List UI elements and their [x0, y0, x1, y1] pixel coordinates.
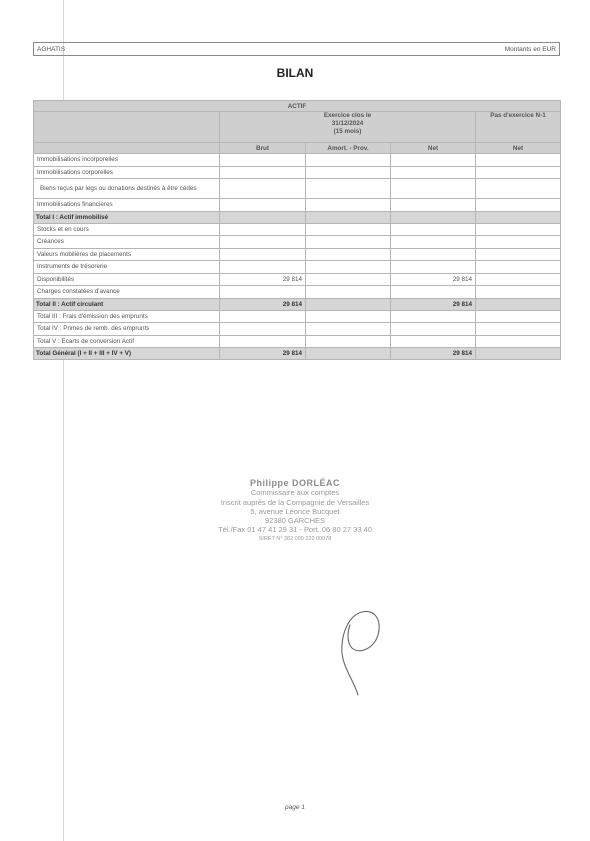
company-name: AGHATIS: [37, 46, 65, 53]
cell-brut: [220, 199, 306, 212]
period-line-3: (15 mois): [223, 128, 472, 136]
document-header: AGHATIS Montants en EUR: [33, 42, 560, 56]
cell-net: [391, 199, 476, 212]
cell-brut: [220, 310, 306, 323]
row-label: Stocks et en cours: [34, 223, 220, 236]
signature-icon: [330, 600, 390, 700]
cell-brut: [220, 286, 306, 299]
cell-net-prev: [476, 310, 561, 323]
cell-amort: [306, 273, 391, 286]
cell-brut: [220, 154, 306, 167]
cell-brut: 29 814: [220, 348, 306, 360]
section-header-row: ACTIF: [34, 101, 561, 112]
cell-net-prev: [476, 154, 561, 167]
row-label: Total V : Ecarts de conversion Actif: [34, 335, 220, 348]
period-line-1: Exercice clos le: [223, 112, 472, 120]
cell-net: [391, 154, 476, 167]
cell-amort: [306, 236, 391, 249]
table-body: Immobilisations incorporellesImmobilisat…: [34, 154, 561, 360]
cell-net: [391, 248, 476, 261]
cell-net: [391, 211, 476, 223]
cell-net-prev: [476, 248, 561, 261]
cell-net: [391, 179, 476, 199]
table-row: Immobilisations financières: [34, 199, 561, 212]
auditor-address: 5, avenue Léonce Bucquet: [0, 507, 590, 516]
table-row: Disponibilités29 81429 814: [34, 273, 561, 286]
cell-net: [391, 286, 476, 299]
table-row: Total IV : Primes de remb. des emprunts: [34, 323, 561, 336]
row-label: Biens reçus par legs ou donations destin…: [34, 179, 220, 199]
cell-brut: [220, 211, 306, 223]
table-row: Total III : Frais d'émission des emprunt…: [34, 310, 561, 323]
row-label: Total Général (I + II + III + IV + V): [34, 348, 220, 360]
total-row: Total Général (I + II + III + IV + V)29 …: [34, 348, 561, 360]
cell-brut: [220, 223, 306, 236]
row-label: Instruments de trésorerie: [34, 261, 220, 274]
row-label: Total III : Frais d'émission des emprunt…: [34, 310, 220, 323]
table-row: Instruments de trésorerie: [34, 261, 561, 274]
column-header-net: Net: [391, 143, 476, 154]
cell-net-prev: [476, 223, 561, 236]
cell-amort: [306, 335, 391, 348]
row-label: Valeurs mobilières de placements: [34, 248, 220, 261]
cell-net: 29 814: [391, 298, 476, 310]
cell-net-prev: [476, 335, 561, 348]
cell-brut: 29 814: [220, 298, 306, 310]
cell-net-prev: [476, 211, 561, 223]
total-row: Total II : Actif circulant29 81429 814: [34, 298, 561, 310]
table-row: Total V : Ecarts de conversion Actif: [34, 335, 561, 348]
cell-brut: [220, 335, 306, 348]
cell-net-prev: [476, 286, 561, 299]
cell-amort: [306, 166, 391, 179]
cell-net-prev: [476, 273, 561, 286]
auditor-registration: Inscrit auprès de la Compagnie de Versai…: [0, 498, 590, 507]
auditor-stamp: Philippe DORLÉAC Commissaire aux comptes…: [0, 479, 590, 544]
auditor-role: Commissaire aux comptes: [0, 488, 590, 497]
cell-net: [391, 335, 476, 348]
cell-amort: [306, 310, 391, 323]
period-blank: [34, 112, 220, 143]
row-label: Disponibilités: [34, 273, 220, 286]
table-row: Charges constatées d'avance: [34, 286, 561, 299]
row-label: Immobilisations incorporelles: [34, 154, 220, 167]
column-header-net-prev: Net: [476, 143, 561, 154]
cell-amort: [306, 248, 391, 261]
cell-net: [391, 323, 476, 336]
page-title: BILAN: [0, 66, 590, 80]
table-row: Biens reçus par legs ou donations destin…: [34, 179, 561, 199]
cell-amort: [306, 179, 391, 199]
row-label: Créances: [34, 236, 220, 249]
table-row: Immobilisations corporelles: [34, 166, 561, 179]
cell-net: [391, 310, 476, 323]
table-row: Valeurs mobilières de placements: [34, 248, 561, 261]
auditor-name: Philippe DORLÉAC: [0, 479, 590, 488]
table-row: Immobilisations incorporelles: [34, 154, 561, 167]
column-header-amort: Amort. - Prov.: [306, 143, 391, 154]
previous-period-header: Pas d'exercice N-1: [476, 112, 561, 143]
row-label: Immobilisations financières: [34, 199, 220, 212]
section-title: ACTIF: [34, 101, 561, 112]
row-label: Total I : Actif immobilisé: [34, 211, 220, 223]
cell-net-prev: [476, 323, 561, 336]
row-label: Total IV : Primes de remb. des emprunts: [34, 323, 220, 336]
cell-amort: [306, 261, 391, 274]
cell-brut: [220, 179, 306, 199]
currency-note: Montants en EUR: [505, 46, 556, 53]
table-row: Stocks et en cours: [34, 223, 561, 236]
cell-net-prev: [476, 348, 561, 360]
cell-net-prev: [476, 236, 561, 249]
cell-amort: [306, 223, 391, 236]
balance-sheet-table: ACTIF Exercice clos le 31/12/2024 (15 mo…: [33, 100, 561, 360]
cell-brut: 29 814: [220, 273, 306, 286]
table-row: Créances: [34, 236, 561, 249]
cell-brut: [220, 236, 306, 249]
row-label: Immobilisations corporelles: [34, 166, 220, 179]
cell-brut: [220, 248, 306, 261]
cell-net-prev: [476, 179, 561, 199]
cell-brut: [220, 166, 306, 179]
cell-amort: [306, 323, 391, 336]
column-header-label: [34, 143, 220, 154]
cell-net-prev: [476, 261, 561, 274]
row-label: Total II : Actif circulant: [34, 298, 220, 310]
cell-amort: [306, 298, 391, 310]
cell-net: [391, 236, 476, 249]
period-header-row: Exercice clos le 31/12/2024 (15 mois) Pa…: [34, 112, 561, 143]
row-label: Charges constatées d'avance: [34, 286, 220, 299]
cell-net: 29 814: [391, 348, 476, 360]
auditor-siret: SIRET N° 382 099 232 00078: [0, 535, 590, 544]
cell-amort: [306, 211, 391, 223]
cell-net-prev: [476, 166, 561, 179]
cell-net: [391, 166, 476, 179]
total-row: Total I : Actif immobilisé: [34, 211, 561, 223]
auditor-city: 92380 GARCHES: [0, 516, 590, 525]
cell-amort: [306, 199, 391, 212]
cell-net: [391, 223, 476, 236]
auditor-phone: Tél./Fax 01 47 41 29 31 - Port. 06 80 27…: [0, 525, 590, 534]
period-header: Exercice clos le 31/12/2024 (15 mois): [220, 112, 476, 143]
cell-amort: [306, 154, 391, 167]
column-header-row: Brut Amort. - Prov. Net Net: [34, 143, 561, 154]
cell-brut: [220, 261, 306, 274]
cell-net: [391, 261, 476, 274]
cell-net-prev: [476, 199, 561, 212]
cell-net-prev: [476, 298, 561, 310]
cell-amort: [306, 348, 391, 360]
column-header-brut: Brut: [220, 143, 306, 154]
period-line-2: 31/12/2024: [223, 120, 472, 128]
cell-brut: [220, 323, 306, 336]
cell-net: 29 814: [391, 273, 476, 286]
cell-amort: [306, 286, 391, 299]
page-number: page 1: [0, 804, 590, 811]
